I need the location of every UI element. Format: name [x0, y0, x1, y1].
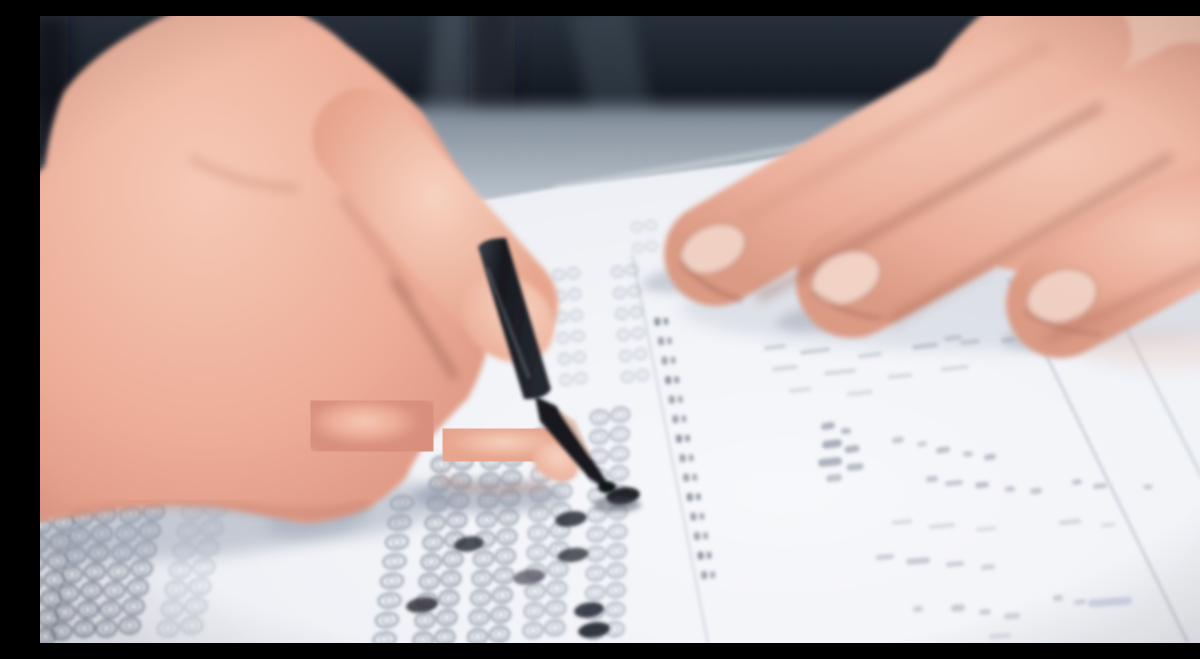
- exam-bubble-sheet-photo: [40, 16, 1200, 643]
- film-grain: [40, 16, 1200, 643]
- photo-canvas: [40, 16, 1200, 643]
